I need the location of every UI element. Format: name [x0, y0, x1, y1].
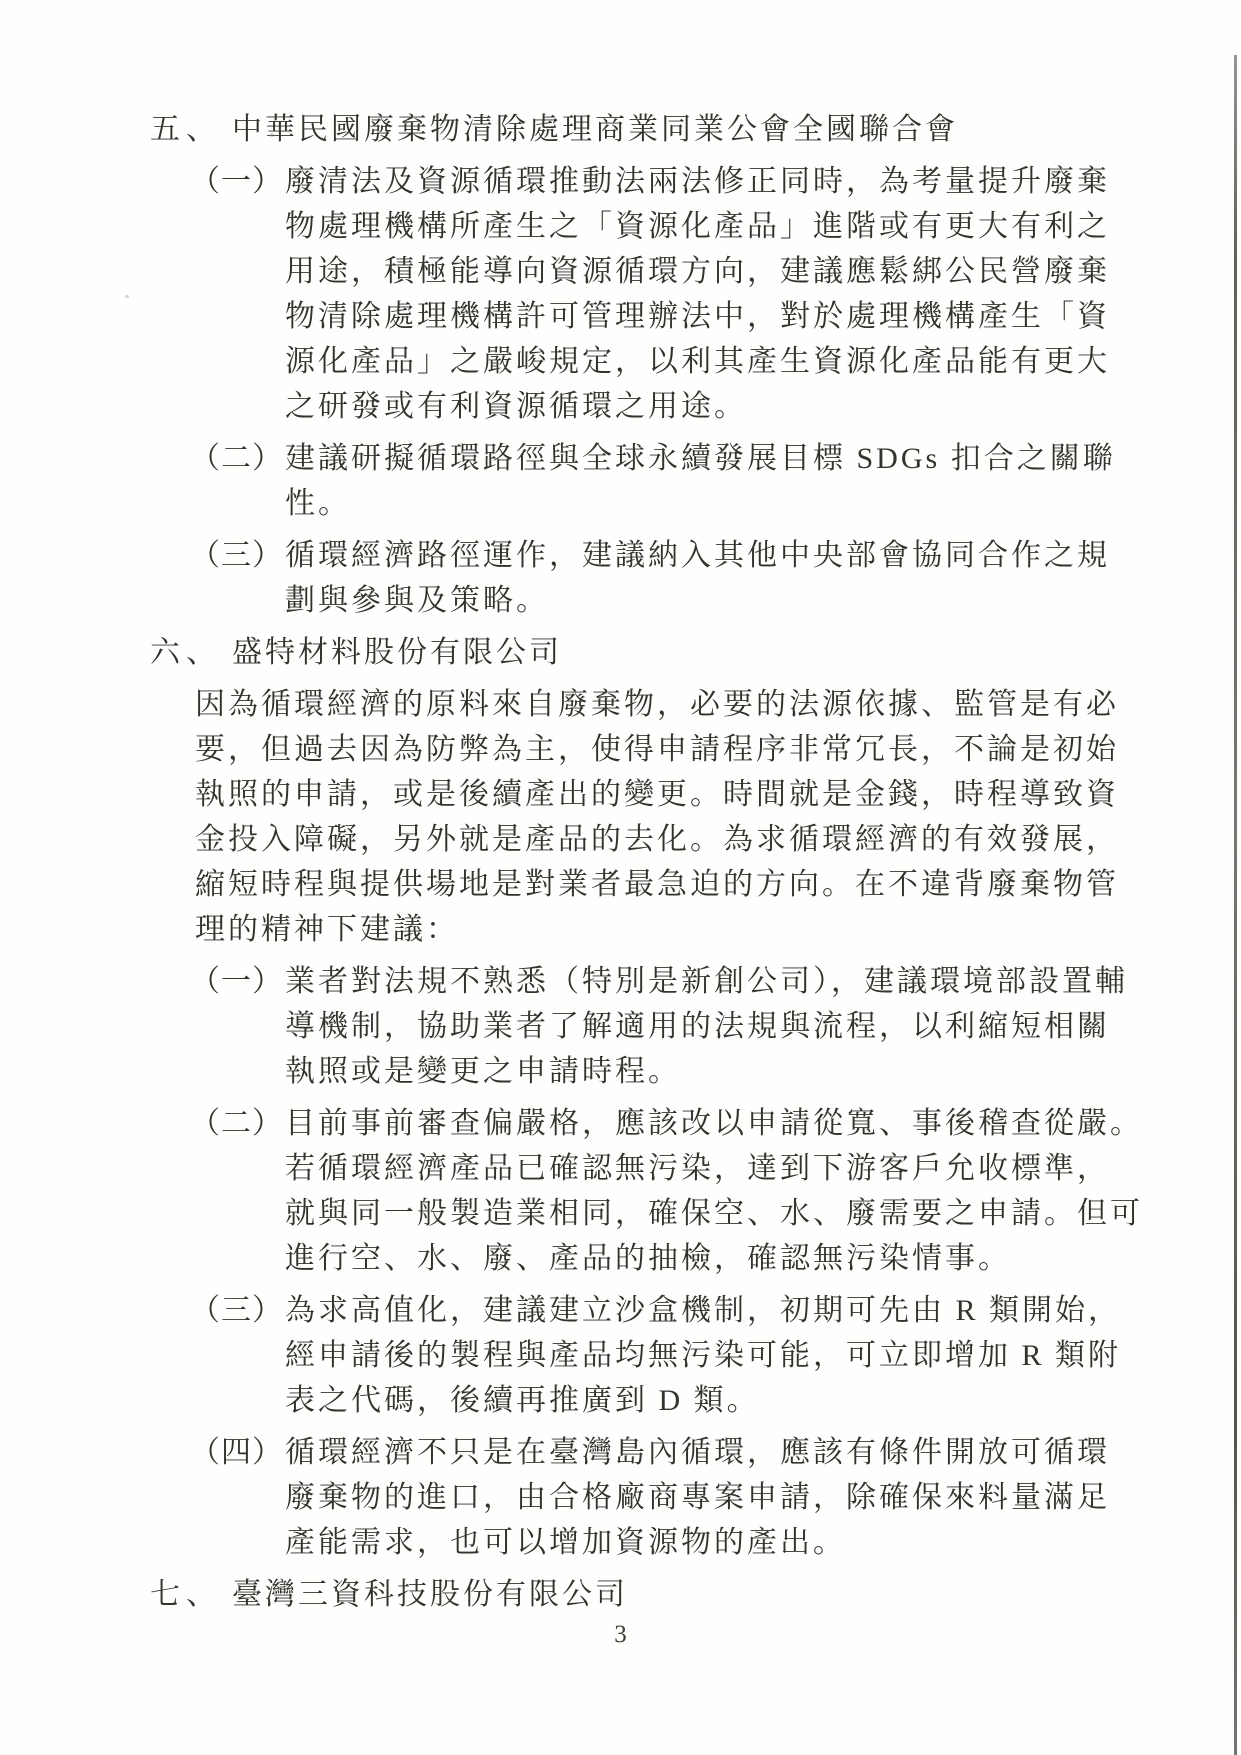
heading-marker: 六、	[150, 630, 222, 675]
item-marker: （三）	[190, 1288, 285, 1333]
scan-edge-artifact	[1234, 55, 1237, 1755]
text-line: 執照或是變更之申請時程。	[285, 1049, 1150, 1094]
item-lines: 建議研擬循環路徑與全球永續發展目標 SDGs 扣合之關聯性。	[285, 436, 1150, 526]
heading-text: 中華民國廢棄物清除處理商業同業公會全國聯合會	[232, 113, 958, 146]
text-line: 為求高值化，建議建立沙盒機制，初期可先由 R 類開始，	[285, 1288, 1150, 1333]
item-lines: 循環經濟路徑運作，建議納入其他中央部會協同合作之規劃與參與及策略。	[285, 533, 1150, 623]
text-line: 之研發或有利資源循環之用途。	[285, 384, 1150, 429]
text-line: 執照的申請，或是後續產出的變更。時間就是金錢，時程導致資	[195, 772, 1150, 817]
scanned-document-page: 五、中華民國廢棄物清除處理商業同業公會全國聯合會（一）廢清法及資源循環推動法兩法…	[0, 0, 1241, 1755]
item-marker: （二）	[190, 1101, 285, 1146]
text-line: 源化產品」之嚴峻規定，以利其產生資源化產品能有更大	[285, 339, 1150, 384]
scan-speck	[125, 295, 129, 298]
text-line: 循環經濟路徑運作，建議納入其他中央部會協同合作之規	[285, 533, 1150, 578]
scan-speck	[270, 133, 274, 137]
item-lines: 業者對法規不熟悉（特別是新創公司），建議環境部設置輔導機制，協助業者了解適用的法…	[285, 959, 1150, 1094]
text-line: 物處理機構所產生之「資源化產品」進階或有更大有利之	[285, 204, 1150, 249]
text-line: 就與同一般製造業相同，確保空、水、廢需要之申請。但可	[285, 1191, 1150, 1236]
item-marker: （四）	[190, 1430, 285, 1475]
text-line: 建議研擬循環路徑與全球永續發展目標 SDGs 扣合之關聯	[285, 436, 1150, 481]
heading-marker: 五、	[150, 107, 222, 152]
text-line: 進行空、水、廢、產品的抽檢，確認無污染情事。	[285, 1236, 1150, 1281]
text-line: 表之代碼，後續再推廣到 D 類。	[285, 1378, 1150, 1423]
text-line: 業者對法規不熟悉（特別是新創公司），建議環境部設置輔	[285, 959, 1150, 1004]
text-line: 廢棄物的進口，由合格廠商專案申請，除確保來料量滿足	[285, 1475, 1150, 1520]
text-line: 經申請後的製程與產品均無污染可能，可立即增加 R 類附	[285, 1333, 1150, 1378]
item-marker: （二）	[190, 436, 285, 481]
item-lines: 為求高值化，建議建立沙盒機制，初期可先由 R 類開始，經申請後的製程與產品均無污…	[285, 1288, 1150, 1423]
sub-item: （一）業者對法規不熟悉（特別是新創公司），建議環境部設置輔導機制，協助業者了解適…	[190, 959, 1150, 1094]
section-heading: 五、中華民國廢棄物清除處理商業同業公會全國聯合會	[150, 107, 1150, 152]
item-marker: （三）	[190, 533, 285, 578]
section-heading: 六、盛特材料股份有限公司	[150, 630, 1150, 675]
item-lines: 廢清法及資源循環推動法兩法修正同時，為考量提升廢棄物處理機構所產生之「資源化產品…	[285, 159, 1150, 429]
sub-item: （二）目前事前審查偏嚴格，應該改以申請從寬、事後稽查從嚴。若循環經濟產品已確認無…	[190, 1101, 1150, 1281]
sub-item: （二）建議研擬循環路徑與全球永續發展目標 SDGs 扣合之關聯性。	[190, 436, 1150, 526]
sub-item: （三）循環經濟路徑運作，建議納入其他中央部會協同合作之規劃與參與及策略。	[190, 533, 1150, 623]
item-lines: 循環經濟不只是在臺灣島內循環，應該有條件開放可循環廢棄物的進口，由合格廠商專案申…	[285, 1430, 1150, 1565]
heading-text: 臺灣三資科技股份有限公司	[232, 1578, 628, 1611]
text-line: 金投入障礙，另外就是產品的去化。為求循環經濟的有效發展，	[195, 817, 1150, 862]
sub-item: （三）為求高值化，建議建立沙盒機制，初期可先由 R 類開始，經申請後的製程與產品…	[190, 1288, 1150, 1423]
item-lines: 目前事前審查偏嚴格，應該改以申請從寬、事後稽查從嚴。若循環經濟產品已確認無污染，…	[285, 1101, 1150, 1281]
heading-text: 盛特材料股份有限公司	[232, 636, 562, 669]
text-line: 性。	[285, 481, 1150, 526]
body-paragraph: 因為循環經濟的原料來自廢棄物，必要的法源依據、監管是有必要，但過去因為防弊為主，…	[195, 682, 1150, 952]
page-number: 3	[0, 1620, 1241, 1650]
text-line: 劃與參與及策略。	[285, 578, 1150, 623]
item-marker: （一）	[190, 159, 285, 204]
text-line: 物清除處理機構許可管理辦法中，對於處理機構產生「資	[285, 294, 1150, 339]
text-line: 要，但過去因為防弊為主，使得申請程序非常冗長，不論是初始	[195, 727, 1150, 772]
document-body: 五、中華民國廢棄物清除處理商業同業公會全國聯合會（一）廢清法及資源循環推動法兩法…	[150, 107, 1150, 1617]
text-line: 若循環經濟產品已確認無污染，達到下游客戶允收標準，	[285, 1146, 1150, 1191]
sub-item: （四）循環經濟不只是在臺灣島內循環，應該有條件開放可循環廢棄物的進口，由合格廠商…	[190, 1430, 1150, 1565]
section-heading: 七、臺灣三資科技股份有限公司	[150, 1572, 1150, 1617]
heading-marker: 七、	[150, 1572, 222, 1617]
text-line: 導機制，協助業者了解適用的法規與流程，以利縮短相關	[285, 1004, 1150, 1049]
text-line: 理的精神下建議：	[195, 907, 1150, 952]
text-line: 用途，積極能導向資源循環方向，建議應鬆綁公民營廢棄	[285, 249, 1150, 294]
sub-item: （一）廢清法及資源循環推動法兩法修正同時，為考量提升廢棄物處理機構所產生之「資源…	[190, 159, 1150, 429]
item-marker: （一）	[190, 959, 285, 1004]
text-line: 目前事前審查偏嚴格，應該改以申請從寬、事後稽查從嚴。	[285, 1101, 1150, 1146]
text-line: 循環經濟不只是在臺灣島內循環，應該有條件開放可循環	[285, 1430, 1150, 1475]
text-line: 產能需求，也可以增加資源物的產出。	[285, 1520, 1150, 1565]
text-line: 因為循環經濟的原料來自廢棄物，必要的法源依據、監管是有必	[195, 682, 1150, 727]
text-line: 縮短時程與提供場地是對業者最急迫的方向。在不違背廢棄物管	[195, 862, 1150, 907]
text-line: 廢清法及資源循環推動法兩法修正同時，為考量提升廢棄	[285, 159, 1150, 204]
